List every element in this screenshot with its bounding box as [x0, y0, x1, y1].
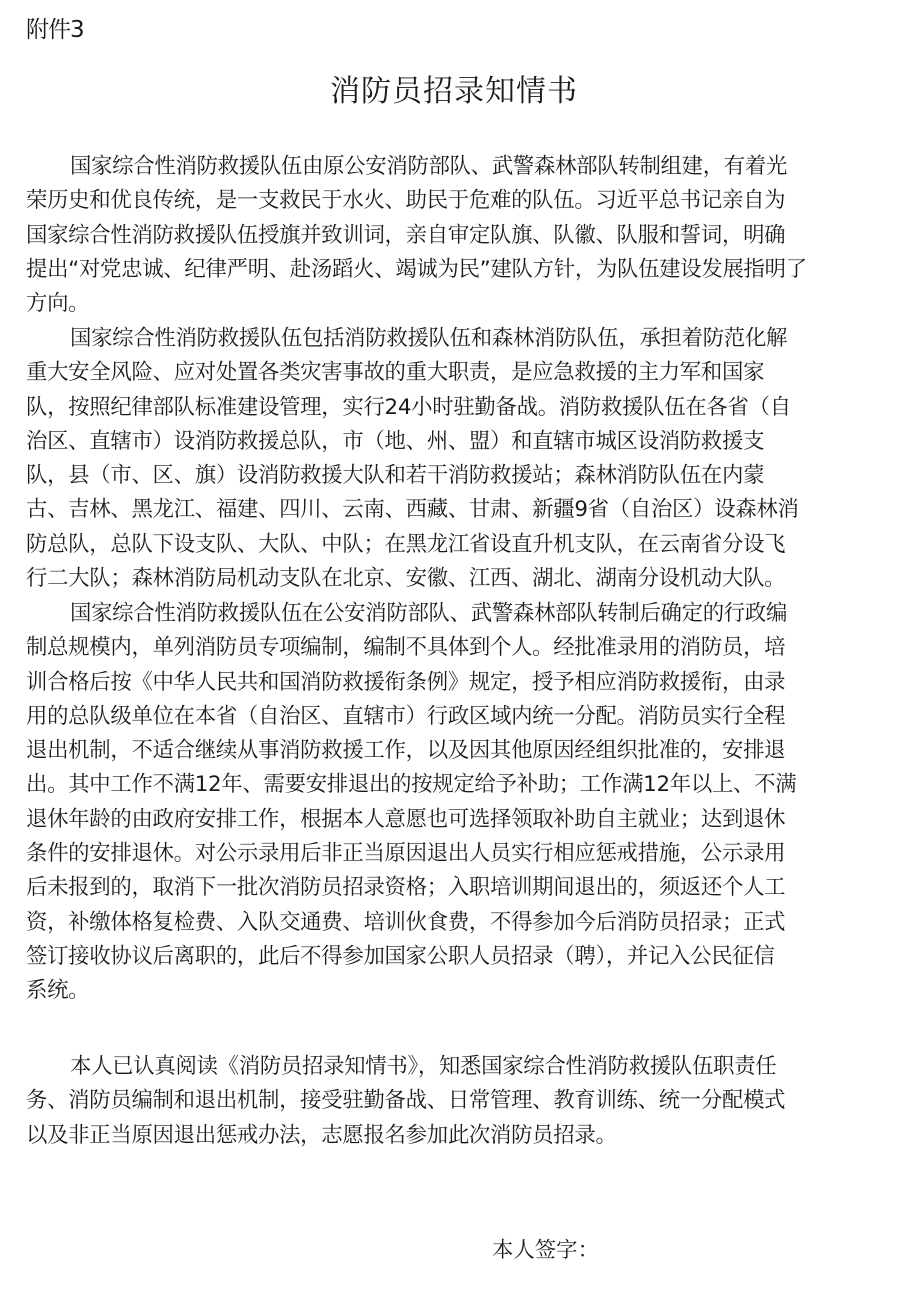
paragraph-line: 系统。 — [26, 974, 906, 1008]
paragraph-line: 条件的安排退休。对公示录用后非正当原因退出人员实行相应惩戒措施，公示录用 — [26, 837, 906, 871]
paragraph-line: 本人已认真阅读《消防员招录知情书》，知悉国家综合性消防救援队伍职责任 — [26, 1050, 906, 1084]
paragraph-line: 国家综合性消防救援队伍在公安消防部队、武警森林部队转制后确定的行政编 — [26, 597, 906, 631]
paragraph-line: 国家综合性消防救援队伍包括消防救援队伍和森林消防队伍，承担着防范化解 — [26, 322, 906, 356]
paragraph-history: 国家综合性消防救援队伍由原公安消防部队、武警森林部队转制组建，有着光 荣历史和优… — [26, 150, 906, 321]
paragraph-line: 务、消防员编制和退出机制，接受驻勤备战、日常管理、教育训练、统一分配模式 — [26, 1084, 906, 1118]
attachment-label: 附件3 — [26, 14, 84, 46]
paragraph-line: 出。其中工作不满12年、需要安排退出的按规定给予补助；工作满12年以上、不满 — [26, 768, 906, 802]
paragraph-line: 古、吉林、黑龙江、福建、四川、云南、西藏、甘肃、新疆9省（自治区）设森林消 — [26, 493, 906, 527]
paragraph-line: 重大安全风险、应对处置各类灾害事故的重大职责，是应急救援的主力军和国家 — [26, 356, 906, 390]
paragraph-line: 治区、直辖市）设消防救援总队，市（地、州、盟）和直辖市城区设消防救援支 — [26, 425, 906, 459]
paragraph-line: 荣历史和优良传统，是一支救民于水火、助民于危难的队伍。习近平总书记亲自为 — [26, 184, 906, 218]
paragraph-line: 国家综合性消防救援队伍授旗并致训词，亲自审定队旗、队徽、队服和誓词，明确 — [26, 219, 906, 253]
paragraph-line: 队，按照纪律部队标准建设管理，实行24小时驻勤备战。消防救援队伍在各省（自 — [26, 391, 906, 425]
paragraph-organization: 国家综合性消防救援队伍包括消防救援队伍和森林消防队伍，承担着防范化解 重大安全风… — [26, 322, 906, 596]
paragraph-line: 行二大队；森林消防局机动支队在北京、安徽、江西、湖北、湖南分设机动大队。 — [26, 562, 906, 596]
paragraph-line: 资，补缴体格复检费、入队交通费、培训伙食费，不得参加今后消防员招录；正式 — [26, 906, 906, 940]
paragraph-line: 以及非正当原因退出惩戒办法，志愿报名参加此次消防员招录。 — [26, 1119, 906, 1153]
paragraph-staffing-exit: 国家综合性消防救援队伍在公安消防部队、武警森林部队转制后确定的行政编 制总规模内… — [26, 597, 906, 1009]
paragraph-line: 方向。 — [26, 287, 906, 321]
paragraph-line: 退休年龄的由政府安排工作，根据本人意愿也可选择领取补助自主就业；达到退休 — [26, 803, 906, 837]
paragraph-line: 签订接收协议后离职的，此后不得参加国家公职人员招录（聘），并记入公民征信 — [26, 940, 906, 974]
paragraph-line: 后未报到的，取消下一批次消防员招录资格；入职培训期间退出的，须返还个人工 — [26, 871, 906, 905]
signature-label: 本人签字： — [492, 1236, 599, 1266]
paragraph-line: 队，县（市、区、旗）设消防救援大队和若干消防救援站；森林消防队伍在内蒙 — [26, 459, 906, 493]
paragraph-line: 防总队，总队下设支队、大队、中队；在黑龙江省设直升机支队，在云南省分设飞 — [26, 528, 906, 562]
paragraph-line: 用的总队级单位在本省（自治区、直辖市）行政区域内统一分配。消防员实行全程 — [26, 700, 906, 734]
paragraph-line: 训合格后按《中华人民共和国消防救援衔条例》规定，授予相应消防救援衔，由录 — [26, 666, 906, 700]
paragraph-acknowledgement: 本人已认真阅读《消防员招录知情书》，知悉国家综合性消防救援队伍职责任 务、消防员… — [26, 1050, 906, 1153]
paragraph-line: 提出“对党忠诚、纪律严明、赴汤蹈火、竭诚为民”建队方针，为队伍建设发展指明了 — [26, 253, 906, 287]
document-title: 消防员招录知情书 — [0, 72, 908, 112]
paragraph-line: 国家综合性消防救援队伍由原公安消防部队、武警森林部队转制组建，有着光 — [26, 150, 906, 184]
paragraph-line: 制总规模内，单列消防员专项编制，编制不具体到个人。经批准录用的消防员，培 — [26, 631, 906, 665]
paragraph-line: 退出机制，不适合继续从事消防救援工作，以及因其他原因经组织批准的，安排退 — [26, 734, 906, 768]
